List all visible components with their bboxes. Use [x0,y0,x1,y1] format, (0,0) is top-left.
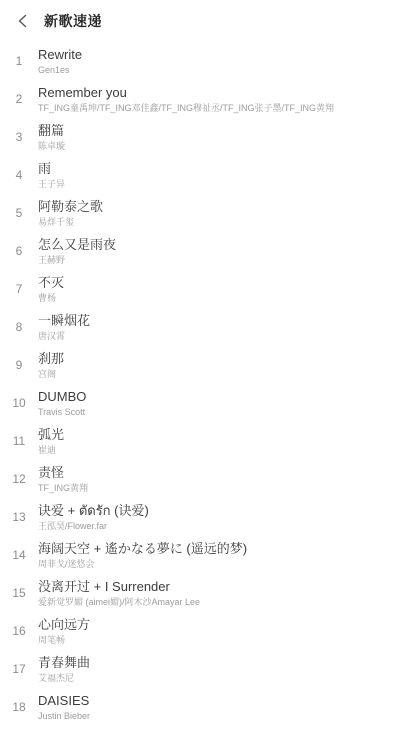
song-meta: DAISIES Justin Bieber [38,692,420,722]
song-row[interactable]: 1 Rewrite Gen1es [0,42,420,80]
song-row[interactable]: 6 怎么又是雨夜 王赫野 [0,232,420,270]
song-row[interactable]: 3 翻篇 陈卓璇 [0,118,420,156]
song-title: 青春舞曲 [38,654,410,671]
song-title: 不灭 [38,274,410,291]
song-row[interactable]: 13 诀爱 + ตัดรัก (诀爱) 王泓昊/Flower.far [0,498,420,536]
new-songs-page: 新歌速递 1 Rewrite Gen1es 2 Remember you TF_… [0,0,420,733]
song-index: 17 [0,662,38,676]
song-artist: 王赫野 [38,254,410,266]
song-index: 16 [0,624,38,638]
song-row[interactable]: 16 心向远方 周笔畅 [0,612,420,650]
song-title: 海阔天空 + 遙かなる夢に (遥远的梦) [38,540,410,557]
song-meta: Rewrite Gen1es [38,46,420,76]
song-index: 8 [0,320,38,334]
song-artist: TF_ING童禹坤/TF_ING邓佳鑫/TF_ING穆祉丞/TF_ING张子墨/… [38,102,410,114]
song-row[interactable]: 9 刹那 宫阁 [0,346,420,384]
song-index: 15 [0,586,38,600]
song-artist: 王子异 [38,178,410,190]
song-artist: 宫阁 [38,368,410,380]
song-meta: 一瞬烟花 唐汉霄 [38,312,420,342]
song-title: 翻篇 [38,122,410,139]
song-artist: 艾福杰尼 [38,672,410,684]
song-artist: TF_ING黄翔 [38,482,410,494]
song-artist: 陈卓璇 [38,140,410,152]
song-meta: 刹那 宫阁 [38,350,420,380]
song-meta: 雨 王子异 [38,160,420,190]
song-meta: Remember you TF_ING童禹坤/TF_ING邓佳鑫/TF_ING穆… [38,84,420,114]
song-title: 一瞬烟花 [38,312,410,329]
song-artist: 易烊千玺 [38,216,410,228]
song-artist: Travis Scott [38,406,410,418]
song-row[interactable]: 8 一瞬烟花 唐汉霄 [0,308,420,346]
song-title: 怎么又是雨夜 [38,236,410,253]
song-artist: Justin Bieber [38,710,410,722]
song-meta: 诀爱 + ตัดรัก (诀爱) 王泓昊/Flower.far [38,502,420,532]
song-row[interactable]: 15 没离开过 + I Surrender 爱新觉罗媚 (aimei媚)/阿木沙… [0,574,420,612]
song-index: 9 [0,358,38,372]
song-meta: 责怪 TF_ING黄翔 [38,464,420,494]
song-title: 阿勒泰之歌 [38,198,410,215]
song-title: 诀爱 + ตัดรัก (诀爱) [38,502,410,519]
song-index: 11 [0,434,38,448]
song-row[interactable]: 5 阿勒泰之歌 易烊千玺 [0,194,420,232]
song-artist: 周菲戈/迷悠会 [38,558,410,570]
song-artist: 周笔畅 [38,634,410,646]
song-row[interactable]: 17 青春舞曲 艾福杰尼 [0,650,420,688]
song-index: 4 [0,168,38,182]
song-index: 14 [0,548,38,562]
song-meta: 不灭 曹杨 [38,274,420,304]
song-index: 3 [0,130,38,144]
song-row[interactable]: 18 DAISIES Justin Bieber [0,688,420,726]
song-artist: 唐汉霄 [38,330,410,342]
back-button[interactable] [10,8,36,34]
song-title: 没离开过 + I Surrender [38,578,410,595]
song-row[interactable]: 12 责怪 TF_ING黄翔 [0,460,420,498]
song-row[interactable]: 11 弧光 崔迪 [0,422,420,460]
song-meta: DUMBO Travis Scott [38,388,420,418]
song-index: 12 [0,472,38,486]
song-index: 7 [0,282,38,296]
song-meta: 青春舞曲 艾福杰尼 [38,654,420,684]
song-index: 13 [0,510,38,524]
song-meta: 翻篇 陈卓璇 [38,122,420,152]
song-row[interactable]: 7 不灭 曹杨 [0,270,420,308]
song-artist: Gen1es [38,64,410,76]
song-index: 18 [0,700,38,714]
song-artist: 崔迪 [38,444,410,456]
song-title: 责怪 [38,464,410,481]
page-header: 新歌速递 [0,0,420,42]
song-row[interactable]: 2 Remember you TF_ING童禹坤/TF_ING邓佳鑫/TF_IN… [0,80,420,118]
song-title: DAISIES [38,692,410,709]
chevron-left-icon [16,14,30,28]
song-meta: 怎么又是雨夜 王赫野 [38,236,420,266]
song-meta: 没离开过 + I Surrender 爱新觉罗媚 (aimei媚)/阿木沙Ama… [38,578,420,608]
song-title: Rewrite [38,46,410,63]
song-title: 雨 [38,160,410,177]
song-row[interactable]: 14 海阔天空 + 遙かなる夢に (遥远的梦) 周菲戈/迷悠会 [0,536,420,574]
song-meta: 阿勒泰之歌 易烊千玺 [38,198,420,228]
song-index: 1 [0,54,38,68]
song-list: 1 Rewrite Gen1es 2 Remember you TF_ING童禹… [0,42,420,726]
song-title: 弧光 [38,426,410,443]
song-title: 心向远方 [38,616,410,633]
song-index: 10 [0,396,38,410]
song-artist: 王泓昊/Flower.far [38,520,410,532]
song-artist: 曹杨 [38,292,410,304]
song-artist: 爱新觉罗媚 (aimei媚)/阿木沙Amayar Lee [38,596,410,608]
song-index: 5 [0,206,38,220]
song-meta: 海阔天空 + 遙かなる夢に (遥远的梦) 周菲戈/迷悠会 [38,540,420,570]
song-row[interactable]: 10 DUMBO Travis Scott [0,384,420,422]
song-index: 6 [0,244,38,258]
song-title: DUMBO [38,388,410,405]
song-row[interactable]: 4 雨 王子异 [0,156,420,194]
page-title: 新歌速递 [44,11,102,31]
song-index: 2 [0,92,38,106]
song-meta: 心向远方 周笔畅 [38,616,420,646]
song-title: Remember you [38,84,410,101]
song-title: 刹那 [38,350,410,367]
song-meta: 弧光 崔迪 [38,426,420,456]
